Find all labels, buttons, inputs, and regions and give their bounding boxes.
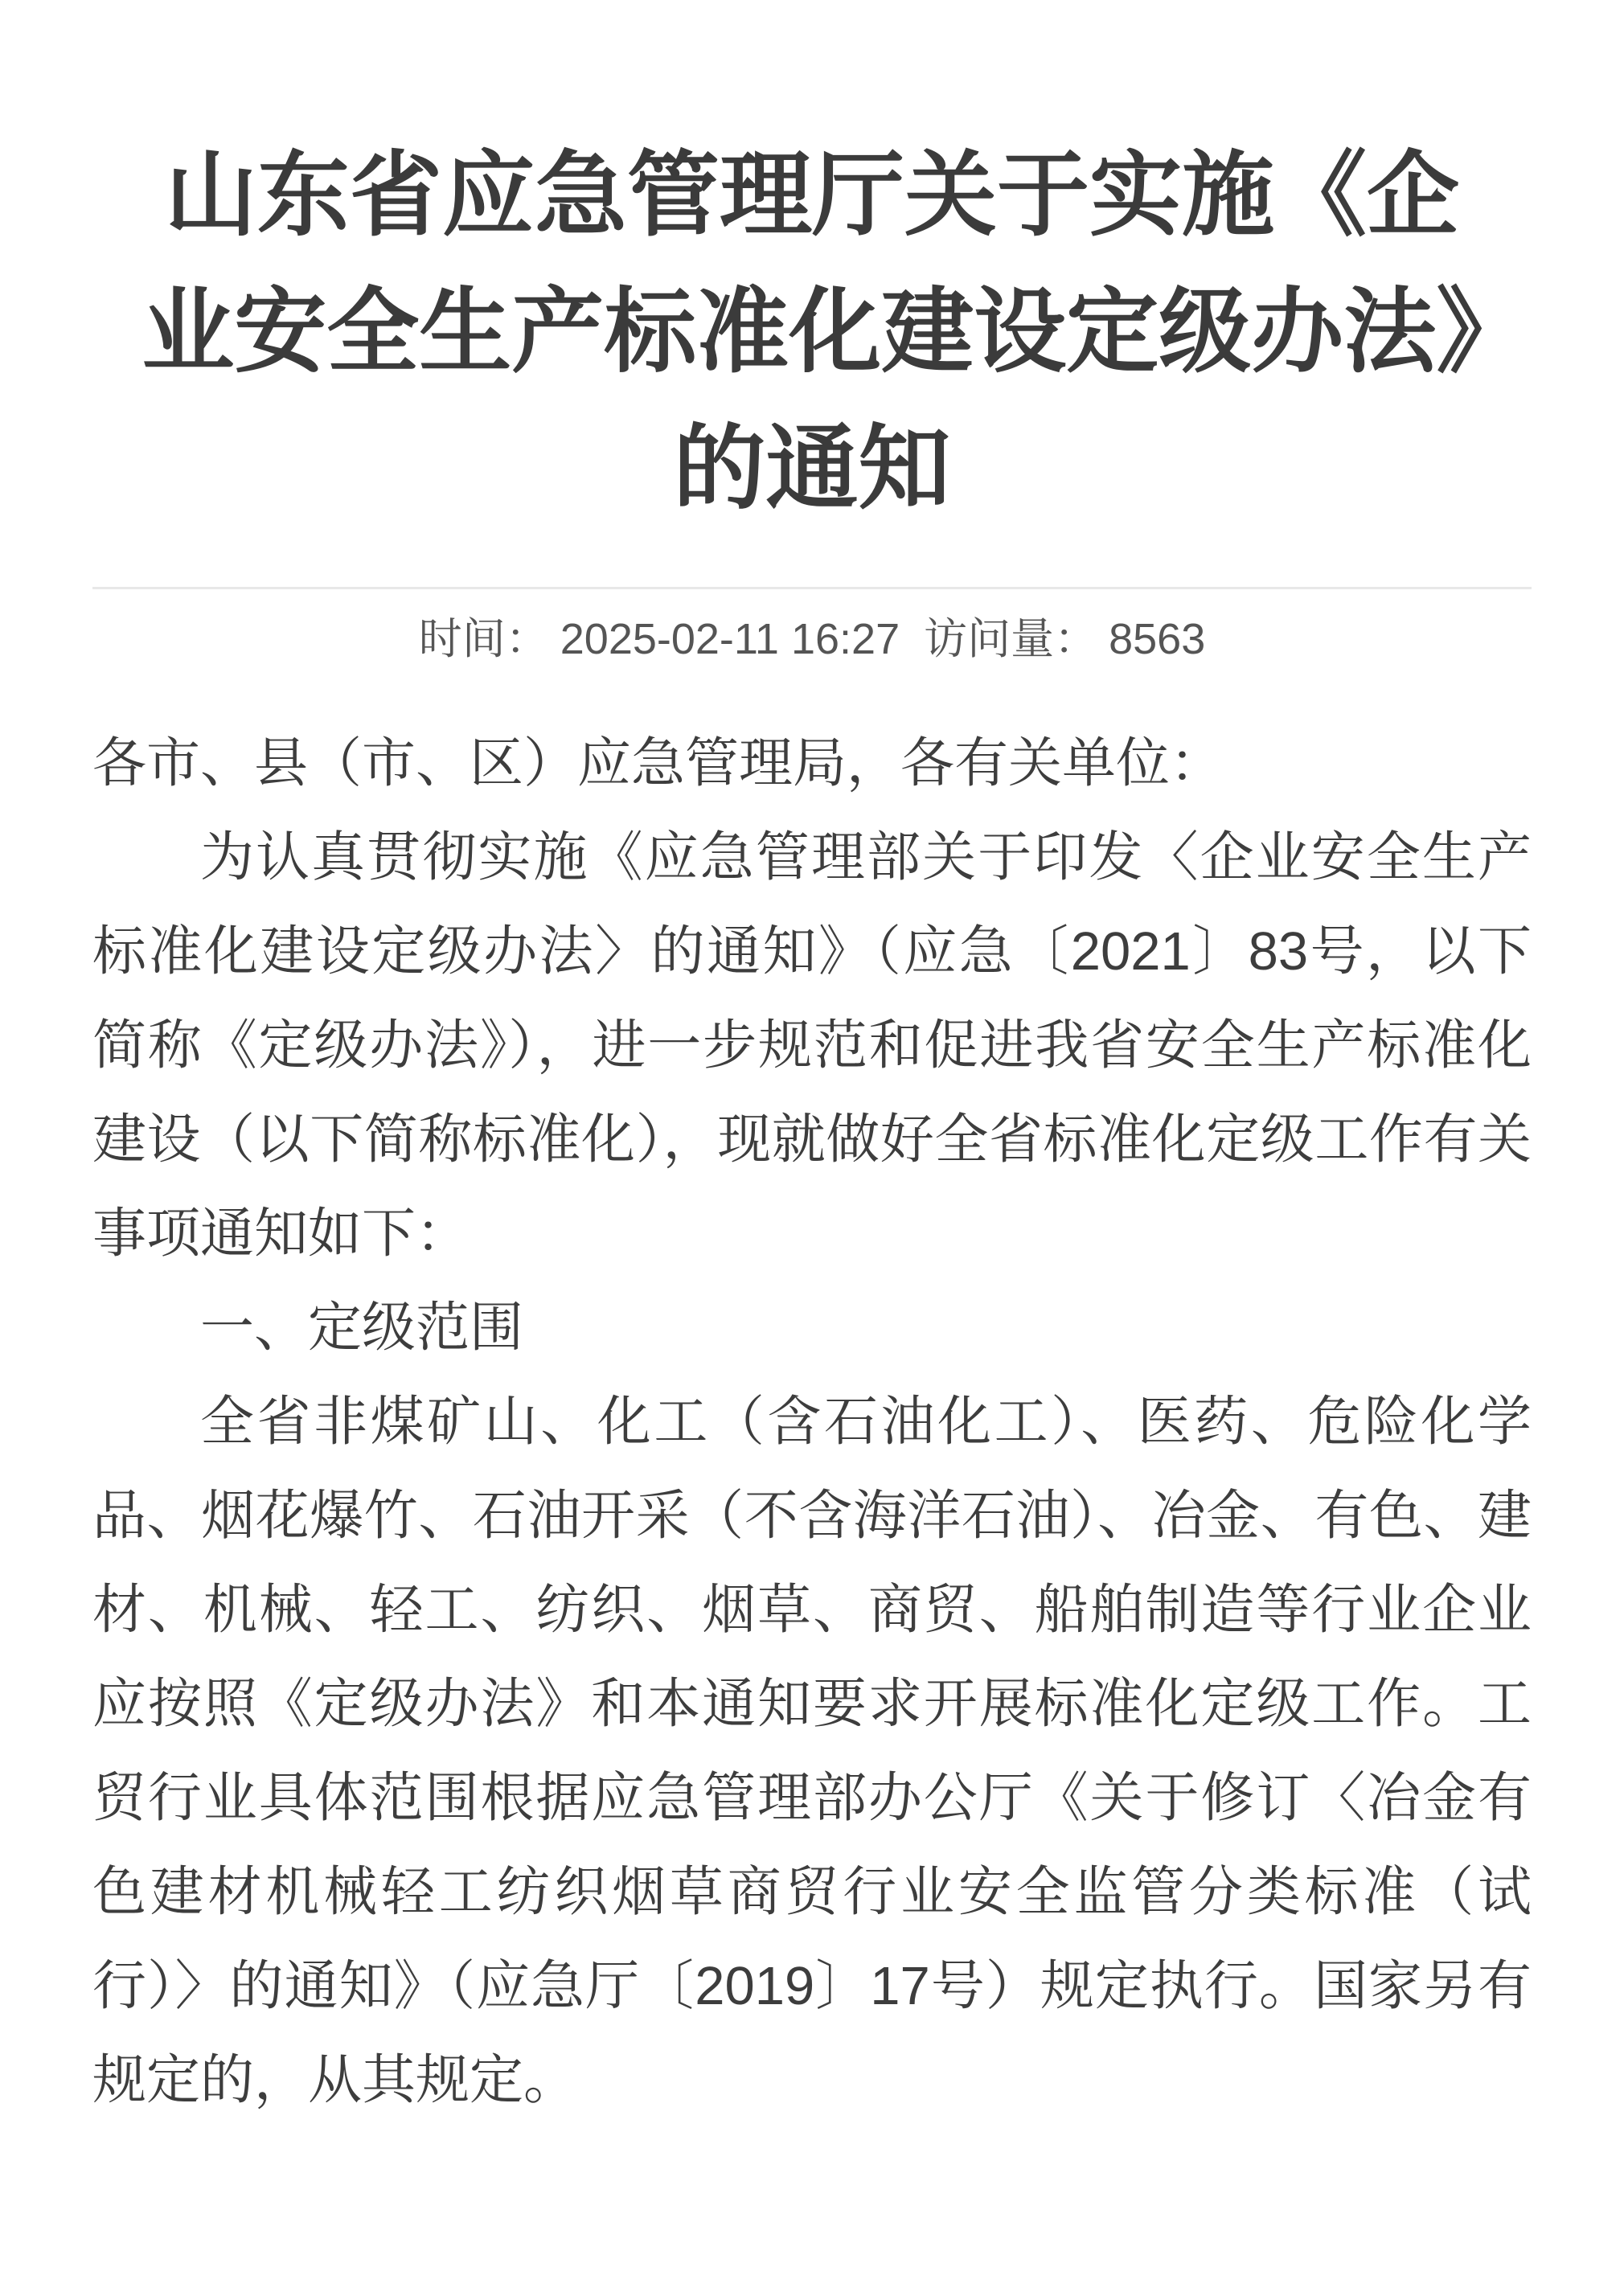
page-title: 山东省应急管理厅关于实施《企业安全生产标准化建设定级办法》的通知 [137,127,1487,537]
time-value: 2025-02-11 16:27 [560,615,900,663]
time-label: 时间： [419,615,549,663]
paragraph: 一、定级范围 [92,1281,1532,1375]
notice-page: 山东省应急管理厅关于实施《企业安全生产标准化建设定级办法》的通知 时间：2025… [0,0,1624,2296]
paragraph: 各市、县（市、区）应急管理局，各有关单位： [92,716,1532,810]
paragraph: 全省非煤矿山、化工（含石油化工）、医药、危险化学品、烟花爆竹、石油开采（不含海洋… [92,1375,1532,2127]
meta-bar: 时间：2025-02-11 16:27访问量：8563 [92,607,1532,671]
paragraph: 为认真贯彻实施《应急管理部关于印发〈企业安全生产标准化建设定级办法〉的通知》（应… [92,810,1532,1281]
views-label: 访问量： [924,615,1097,663]
title-divider [92,587,1532,589]
notice-content: 山东省应急管理厅关于实施《企业安全生产标准化建设定级办法》的通知 时间：2025… [92,127,1532,2127]
notice-body: 各市、县（市、区）应急管理局，各有关单位：为认真贯彻实施《应急管理部关于印发〈企… [92,716,1532,2127]
views-value: 8563 [1109,615,1205,663]
